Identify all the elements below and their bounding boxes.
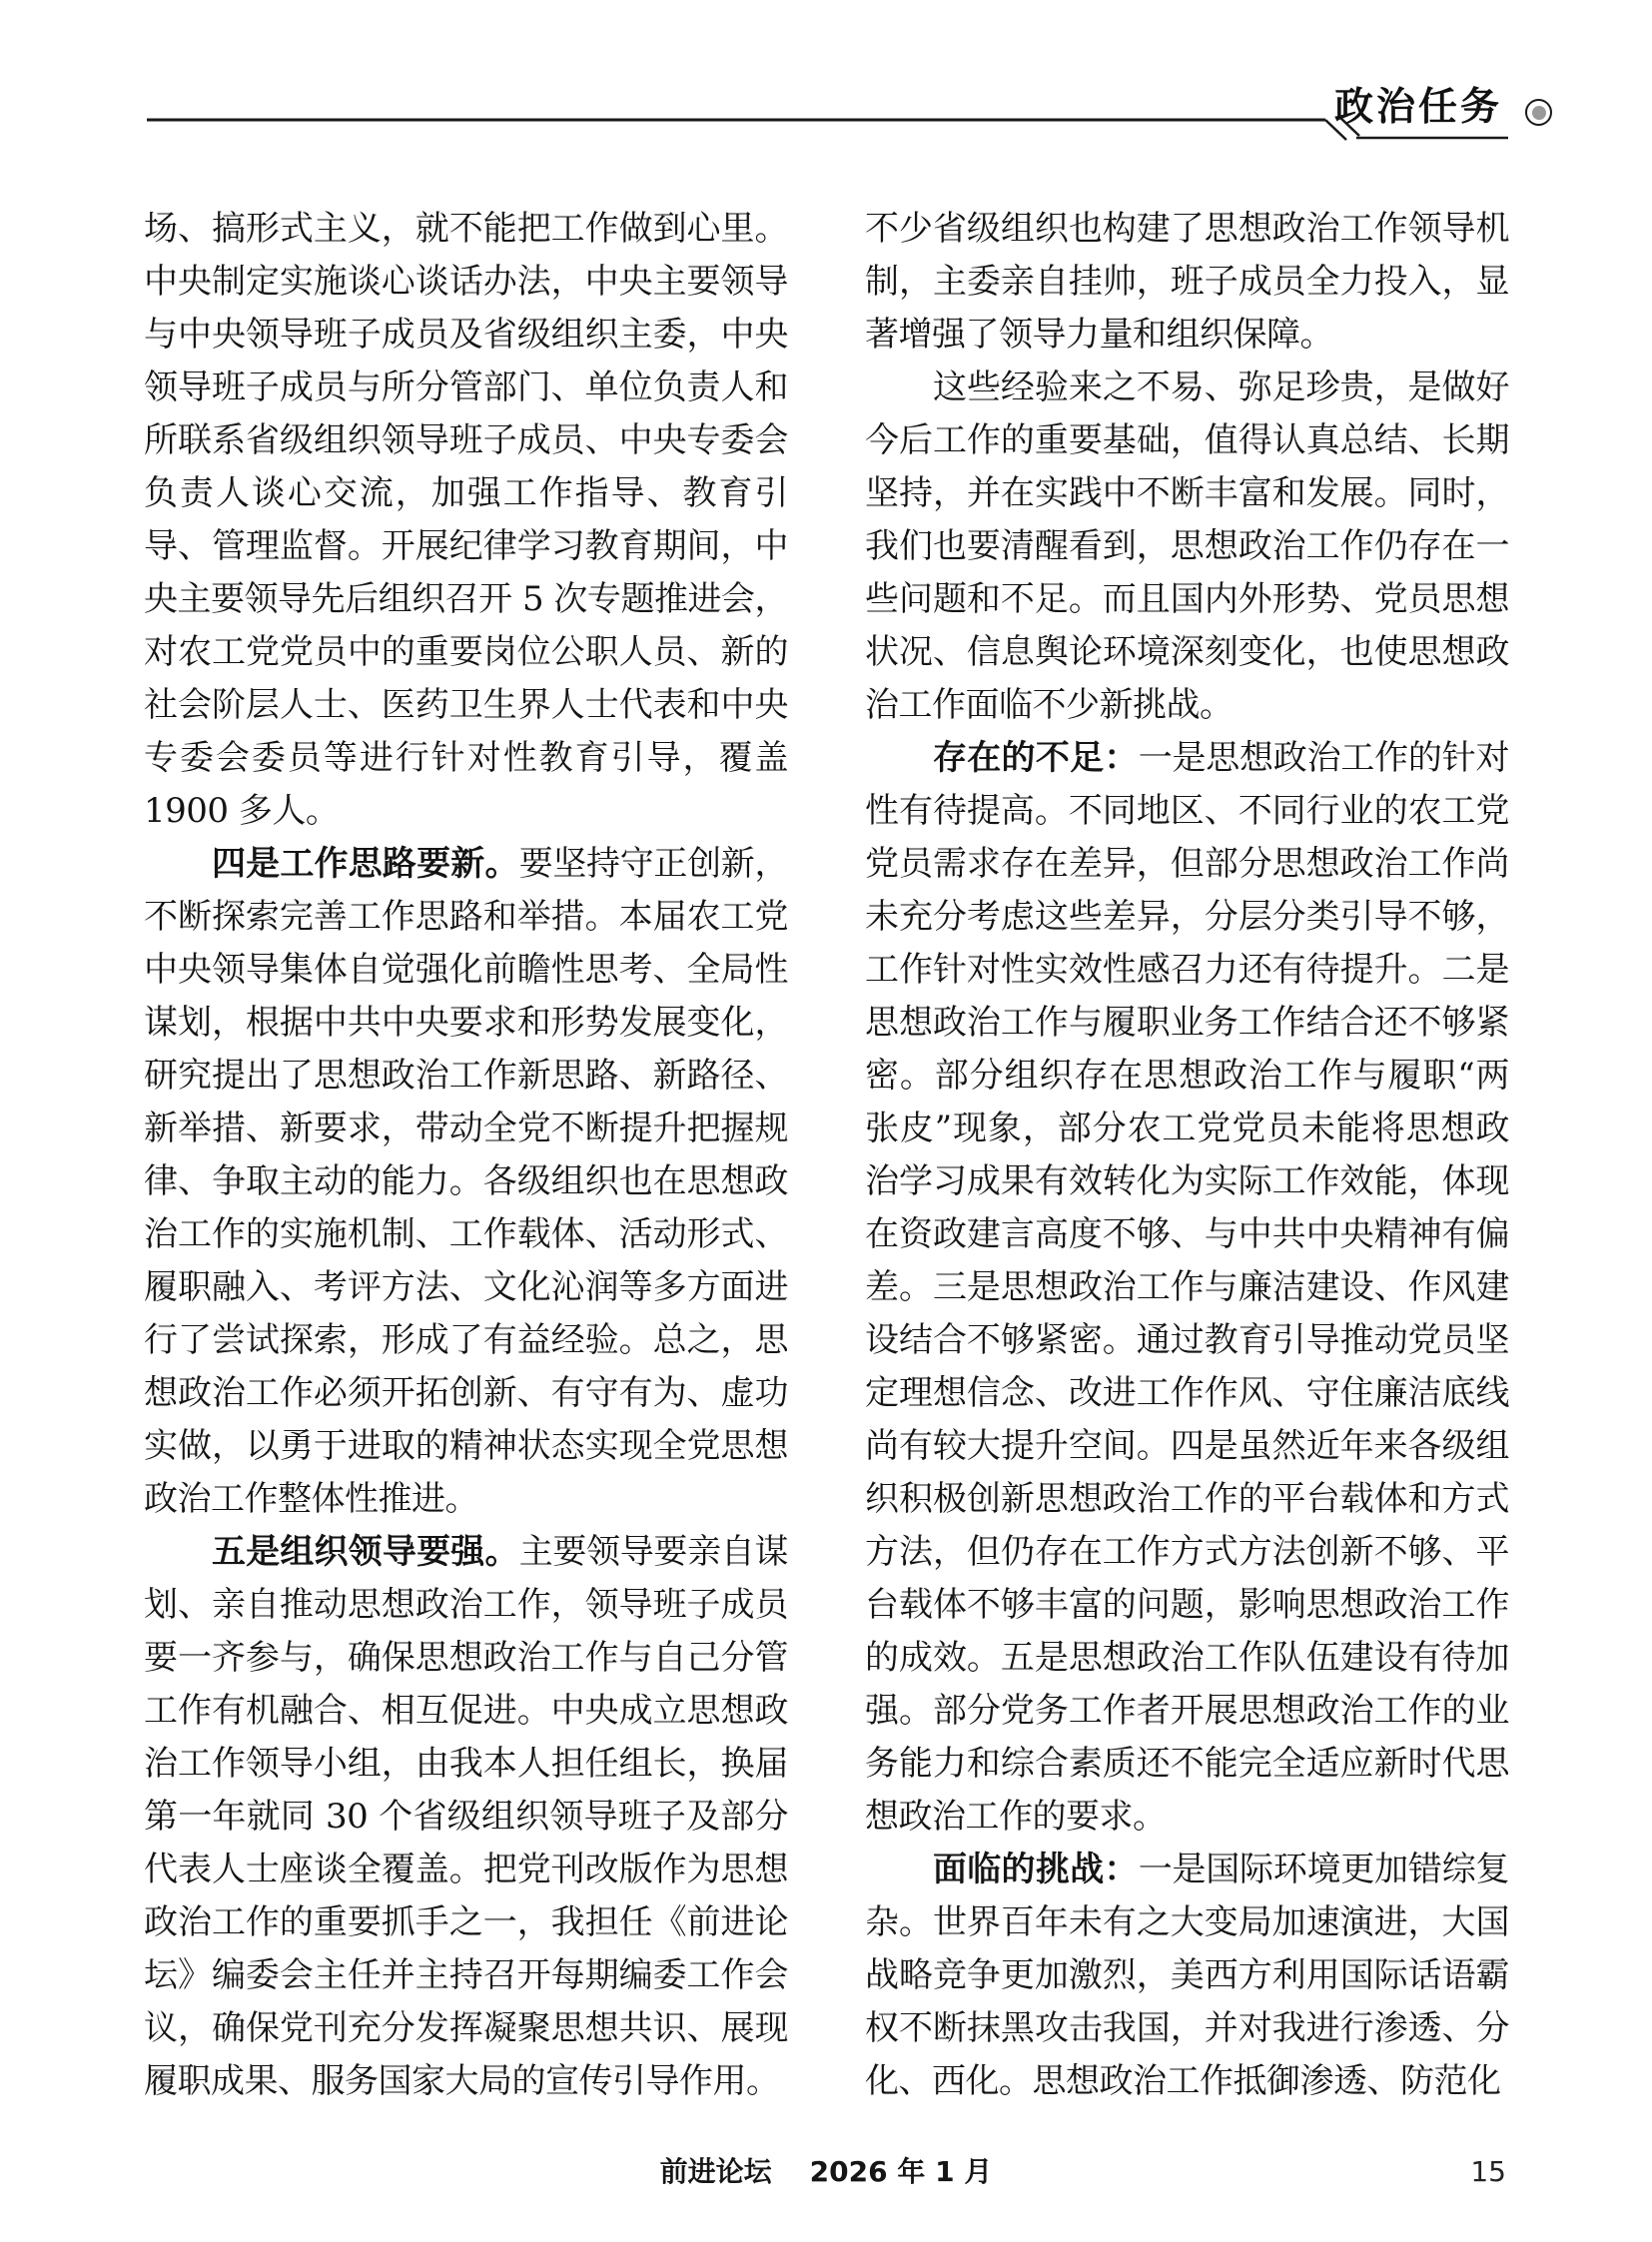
left-column: 场、搞形式主义，就不能把工作做到心里。中央制定实施谈心谈话办法，中央主要领导与中… (144, 203, 788, 2108)
paragraph-text: 一是思想政治工作的针对性有待提高。不同地区、不同行业的农工党党员需求存在差异，但… (865, 738, 1509, 1837)
bullseye-dot (1532, 106, 1546, 120)
page-number: 15 (1470, 2155, 1506, 2189)
paragraph-text: 场、搞形式主义，就不能把工作做到心里。中央制定实施谈心谈话办法，中央主要领导与中… (144, 209, 788, 831)
paragraph: 四是工作思路要新。要坚持守正创新，不断探索完善工作思路和举措。本届农工党中央领导… (144, 838, 788, 1526)
paragraph-text: 要坚持守正创新，不断探索完善工作思路和举措。本届农工党中央领导集体自觉强化前瞻性… (144, 844, 788, 1519)
bullseye-icon (1525, 99, 1552, 126)
page: { "header": { "section_label": "政治任务", "… (0, 0, 1652, 2242)
paragraph: 面临的挑战：一是国际环境更加错综复杂。世界百年未有之大变局加速演进，大国战略竞争… (865, 1844, 1509, 2108)
section-title: 政治任务 (1334, 88, 1502, 127)
paragraph-lead: 四是工作思路要新。 (212, 844, 519, 884)
paragraph-text: 不少省级组织也构建了思想政治工作领导机制，主委亲自挂帅，班子成员全力投入，显著增… (865, 209, 1509, 355)
issue-date: 2026 年 1 月 (810, 2155, 993, 2189)
paragraph-text: 这些经验来之不易、弥足珍贵，是做好今后工作的重要基础，值得认真总结、长期坚持，并… (865, 368, 1509, 725)
paragraph-lead: 五是组织领导要强。 (212, 1532, 519, 1572)
paragraph-lead: 面临的挑战： (933, 1850, 1139, 1889)
paragraph: 不少省级组织也构建了思想政治工作领导机制，主委亲自挂帅，班子成员全力投入，显著增… (865, 203, 1509, 362)
journal-name: 前进论坛 (660, 2155, 772, 2189)
paragraph-lead: 存在的不足： (933, 738, 1139, 778)
paragraph: 存在的不足：一是思想政治工作的针对性有待提高。不同地区、不同行业的农工党党员需求… (865, 732, 1509, 1844)
right-column: 不少省级组织也构建了思想政治工作领导机制，主委亲自挂帅，班子成员全力投入，显著增… (865, 203, 1509, 2108)
paragraph: 场、搞形式主义，就不能把工作做到心里。中央制定实施谈心谈话办法，中央主要领导与中… (144, 203, 788, 838)
paragraph: 这些经验来之不易、弥足珍贵，是做好今后工作的重要基础，值得认真总结、长期坚持，并… (865, 362, 1509, 732)
footer: 前进论坛 2026 年 1 月 15 (0, 2155, 1652, 2195)
paragraph: 五是组织领导要强。主要领导要亲自谋划、亲自推动思想政治工作，领导班子成员要一齐参… (144, 1526, 788, 2108)
paragraph-text: 主要领导要亲自谋划、亲自推动思想政治工作，领导班子成员要一齐参与，确保思想政治工… (144, 1532, 788, 2101)
footer-center: 前进论坛 2026 年 1 月 (0, 2155, 1652, 2189)
